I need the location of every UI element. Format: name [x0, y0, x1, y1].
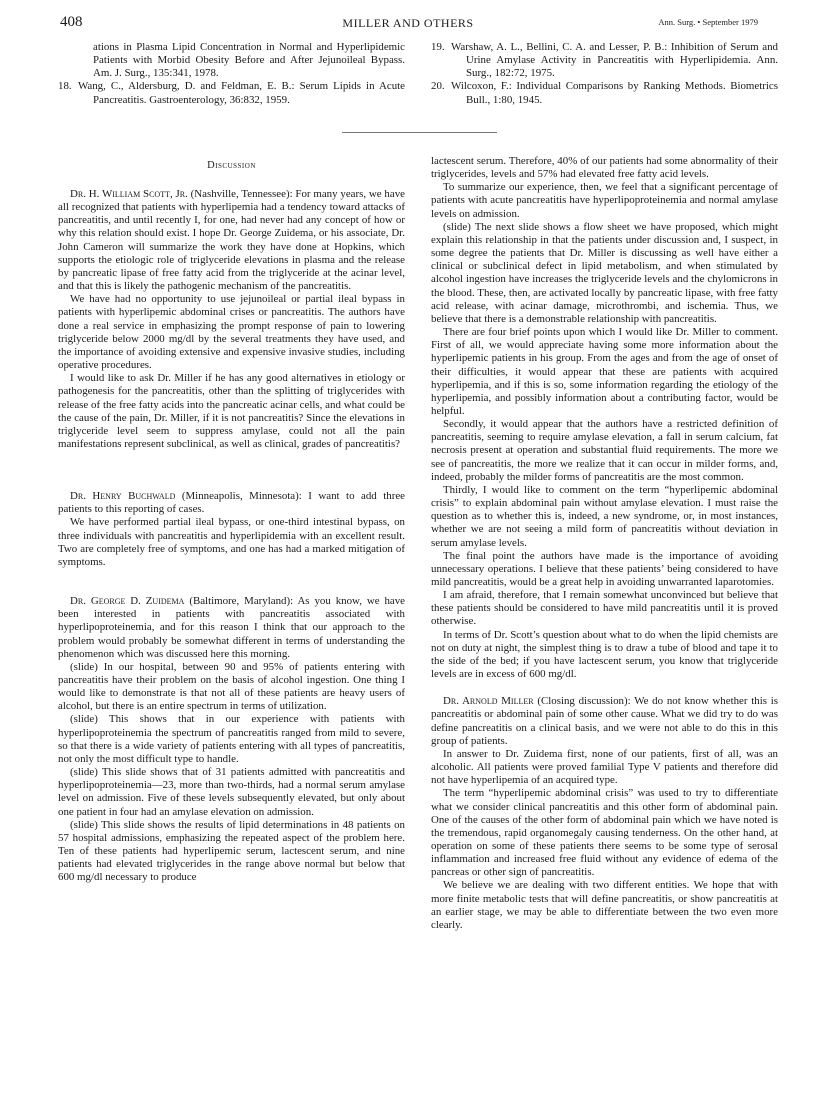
zuidema-paragraph: (slide) The next slide shows a flow shee…	[431, 221, 778, 326]
discussion-heading: Discussion	[58, 160, 405, 171]
buchwald-paragraph: Dr. Henry Buchwald (Minneapolis, Minneso…	[58, 490, 405, 516]
zuidema-paragraph: Secondly, it would appear that the autho…	[431, 418, 778, 484]
buchwald-paragraph: We have performed partial ileal bypass, …	[58, 516, 405, 569]
zuidema-paragraph: To summarize our experience, then, we fe…	[431, 181, 778, 220]
zuidema-paragraph: (slide) This shows that in our experienc…	[58, 713, 405, 766]
zuidema-paragraph: Thirdly, I would like to comment on the …	[431, 484, 778, 550]
reference-19: 19.Warshaw, A. L., Bellini, C. A. and Le…	[431, 41, 778, 80]
left-column-discussion: Dr. H. William Scott, Jr. (Nashville, Te…	[58, 188, 405, 885]
speaker-buchwald: Dr. Henry Buchwald	[70, 490, 175, 502]
scott-paragraph: We have had no opportunity to use jejuno…	[58, 293, 405, 372]
zuidema-paragraph-cont: lactescent serum. Therefore, 40% of our …	[431, 155, 778, 181]
reference-18: 18.Wang, C., Aldersburg, D. and Feldman,…	[58, 80, 405, 106]
references-left: ations in Plasma Lipid Concentration in …	[58, 41, 405, 107]
zuidema-paragraph: There are four brief points upon which I…	[431, 326, 778, 418]
speaker-zuidema: Dr. George D. Zuidema	[70, 595, 184, 607]
scott-paragraph: Dr. H. William Scott, Jr. (Nashville, Te…	[58, 188, 405, 293]
zuidema-paragraph: I am afraid, therefore, that I remain so…	[431, 589, 778, 628]
zuidema-paragraph: (slide) In our hospital, between 90 and …	[58, 661, 405, 714]
miller-paragraph: In answer to Dr. Zuidema first, none of …	[431, 748, 778, 787]
zuidema-paragraph: In terms of Dr. Scott’s question about w…	[431, 629, 778, 682]
section-divider	[342, 132, 497, 133]
journal-citation: Ann. Surg. • September 1979	[658, 17, 758, 27]
running-header: 408 MILLER AND OTHERS Ann. Surg. • Septe…	[58, 14, 758, 34]
zuidema-paragraph: The final point the authors have made is…	[431, 550, 778, 589]
zuidema-paragraph: (slide) This slide shows that of 31 pati…	[58, 766, 405, 819]
miller-paragraph: Dr. Arnold Miller (Closing discussion): …	[431, 695, 778, 748]
right-column-discussion: lactescent serum. Therefore, 40% of our …	[431, 155, 778, 932]
miller-paragraph: We believe we are dealing with two diffe…	[431, 879, 778, 932]
speaker-miller: Dr. Arnold Miller	[443, 695, 534, 707]
reference-20: 20.Wilcoxon, F.: Individual Comparisons …	[431, 80, 778, 106]
reference-17-cont: ations in Plasma Lipid Concentration in …	[58, 41, 405, 80]
scott-paragraph: I would like to ask Dr. Miller if he has…	[58, 372, 405, 451]
references-right: 19.Warshaw, A. L., Bellini, C. A. and Le…	[431, 41, 778, 107]
running-title: MILLER AND OTHERS	[58, 16, 758, 31]
speaker-scott: Dr. H. William Scott, Jr.	[70, 188, 188, 200]
zuidema-paragraph: (slide) This slide shows the results of …	[58, 819, 405, 885]
miller-paragraph: The term “hyperlipemic abdominal crisis”…	[431, 787, 778, 879]
zuidema-paragraph: Dr. George D. Zuidema (Baltimore, Maryla…	[58, 595, 405, 661]
